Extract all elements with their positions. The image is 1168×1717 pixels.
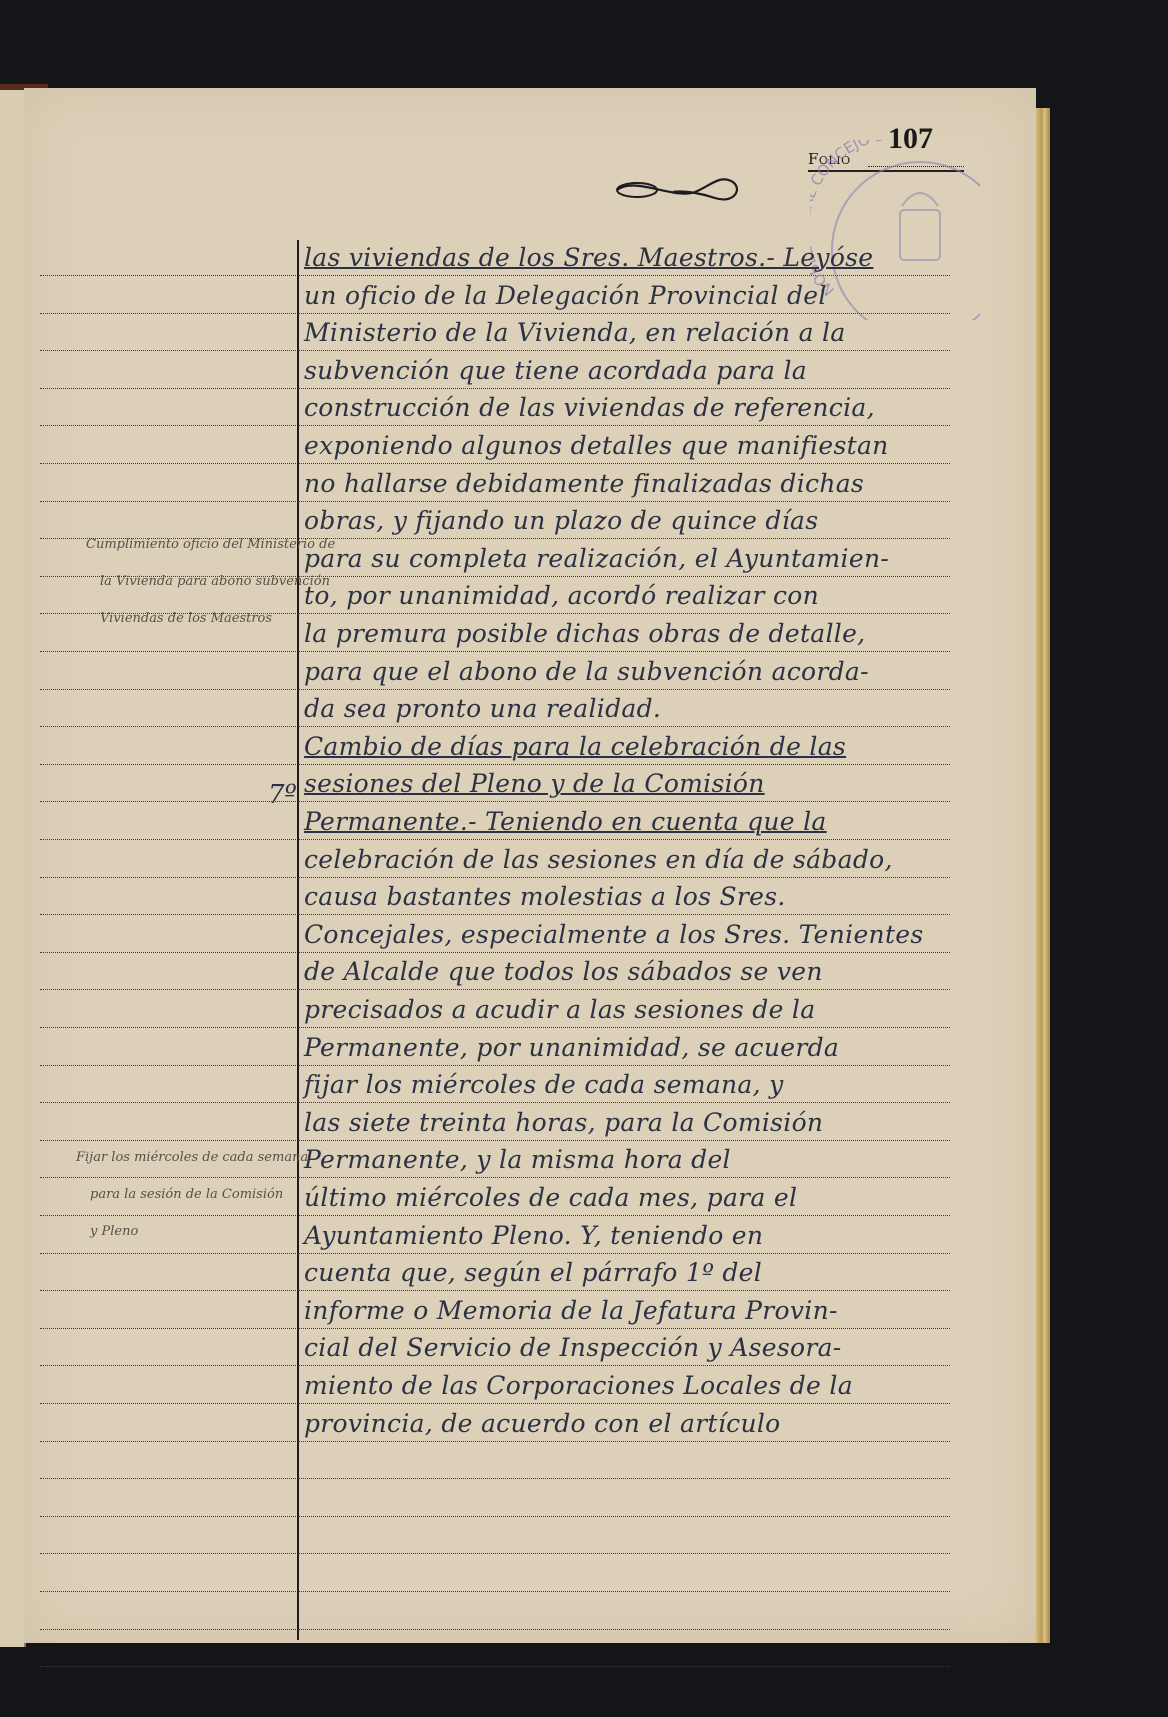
item-number: 7º [268, 780, 297, 810]
ruled-line [40, 1666, 950, 1667]
margin-note-line: y Pleno [90, 1224, 138, 1239]
minutes-line: exponiendo algunos detalles que manifies… [304, 431, 944, 460]
margin-note-line: la Vivienda para abono subvención [100, 574, 330, 589]
ruled-line [40, 952, 950, 953]
ruled-line [40, 989, 950, 990]
minutes-line: para que el abono de la subvención acord… [304, 657, 944, 686]
ruled-line [40, 1102, 950, 1103]
minutes-line: Concejales, especialmente a los Sres. Te… [304, 920, 944, 949]
ruled-line [40, 1365, 950, 1366]
minutes-line: Permanente, por unanimidad, se acuerda [304, 1033, 944, 1062]
minutes-line: cial del Servicio de Inspección y Asesor… [304, 1333, 944, 1362]
ruled-line [40, 1177, 950, 1178]
ruled-line [40, 914, 950, 915]
minutes-line: construcción de las viviendas de referen… [304, 393, 944, 422]
ruled-line [40, 501, 950, 502]
svg-text:NOBLE Y LEAL CONCEJO DE ·: NOBLE Y LEAL CONCEJO DE · [810, 140, 907, 299]
minutes-line: celebración de las sesiones en día de sá… [304, 845, 944, 874]
ruled-line [40, 1478, 950, 1479]
margin-note-line: Cumplimiento oficio del Ministerio de [86, 537, 335, 552]
minutes-line: un oficio de la Delegación Provincial de… [304, 281, 944, 310]
minutes-line: las siete treinta horas, para la Comisió… [304, 1108, 944, 1137]
minutes-line: para su completa realización, el Ayuntam… [304, 544, 944, 573]
minutes-line: no hallarse debidamente finalizadas dich… [304, 469, 944, 498]
ruled-line [40, 1441, 950, 1442]
ruled-line [40, 1215, 950, 1216]
minutes-line: de Alcalde que todos los sábados se ven [304, 957, 944, 986]
ruled-line [40, 801, 950, 802]
minutes-line: cuenta que, según el párrafo 1º del [304, 1258, 944, 1287]
ruled-line [40, 1403, 950, 1404]
margin-note-line: Viviendas de los Maestros [100, 611, 272, 626]
minutes-line: último miércoles de cada mes, para el [304, 1183, 944, 1212]
minutes-line: causa bastantes molestias a los Sres. [304, 882, 944, 911]
margin-note-line: para la sesión de la Comisión [90, 1187, 283, 1202]
minutes-line: precisados a acudir a las sesiones de la [304, 995, 944, 1024]
minutes-line: obras, y fijando un plazo de quince días [304, 506, 944, 535]
ruled-line [40, 839, 950, 840]
minutes-line: da sea pronto una realidad. [304, 694, 944, 723]
ruled-line [40, 1027, 950, 1028]
ruled-line [40, 1140, 950, 1141]
page-stack-edge [1036, 108, 1050, 1643]
minutes-line: Permanente.- Teniendo en cuenta que la [304, 807, 944, 836]
ruled-line [40, 1516, 950, 1517]
minutes-line: fijar los miércoles de cada semana, y [304, 1070, 944, 1099]
ruled-line [40, 1290, 950, 1291]
ruled-line [40, 1328, 950, 1329]
ruled-line [40, 1629, 950, 1630]
ruled-line [40, 1591, 950, 1592]
ruled-line [40, 350, 950, 351]
minutes-line: sesiones del Pleno y de la Comisión [304, 769, 944, 798]
minutes-line: provincia, de acuerdo con el artículo [304, 1409, 944, 1438]
minutes-line: la premura posible dichas obras de detal… [304, 619, 944, 648]
ruled-line [40, 463, 950, 464]
facing-page-edge [0, 90, 26, 1647]
minutes-line: las viviendas de los Sres. Maestros.- Le… [304, 243, 944, 272]
ruled-line [40, 1253, 950, 1254]
ruled-line [40, 764, 950, 765]
ruled-line [40, 877, 950, 878]
margin-rule [297, 240, 299, 1640]
minutes-line: Ayuntamiento Pleno. Y, teniendo en [304, 1221, 944, 1250]
minutes-line: Cambio de días para la celebración de la… [304, 732, 944, 761]
ruled-line [40, 651, 950, 652]
minutes-line: Permanente, y la misma hora del [304, 1145, 944, 1174]
minutes-line: informe o Memoria de la Jefatura Provin- [304, 1296, 944, 1325]
ruled-line [40, 388, 950, 389]
ruled-line [40, 425, 950, 426]
ruled-line [40, 1553, 950, 1554]
ruled-line [40, 689, 950, 690]
minutes-line: to, por unanimidad, acordó realizar con [304, 581, 944, 610]
ruled-line [40, 1065, 950, 1066]
minutes-line: subvención que tiene acordada para la [304, 356, 944, 385]
margin-note-line: Fijar los miércoles de cada semana [76, 1150, 308, 1165]
minutes-line: miento de las Corporaciones Locales de l… [304, 1371, 944, 1400]
minutes-line: Ministerio de la Vivienda, en relación a… [304, 318, 944, 347]
flourish-icon [615, 170, 745, 210]
ruled-line [40, 726, 950, 727]
